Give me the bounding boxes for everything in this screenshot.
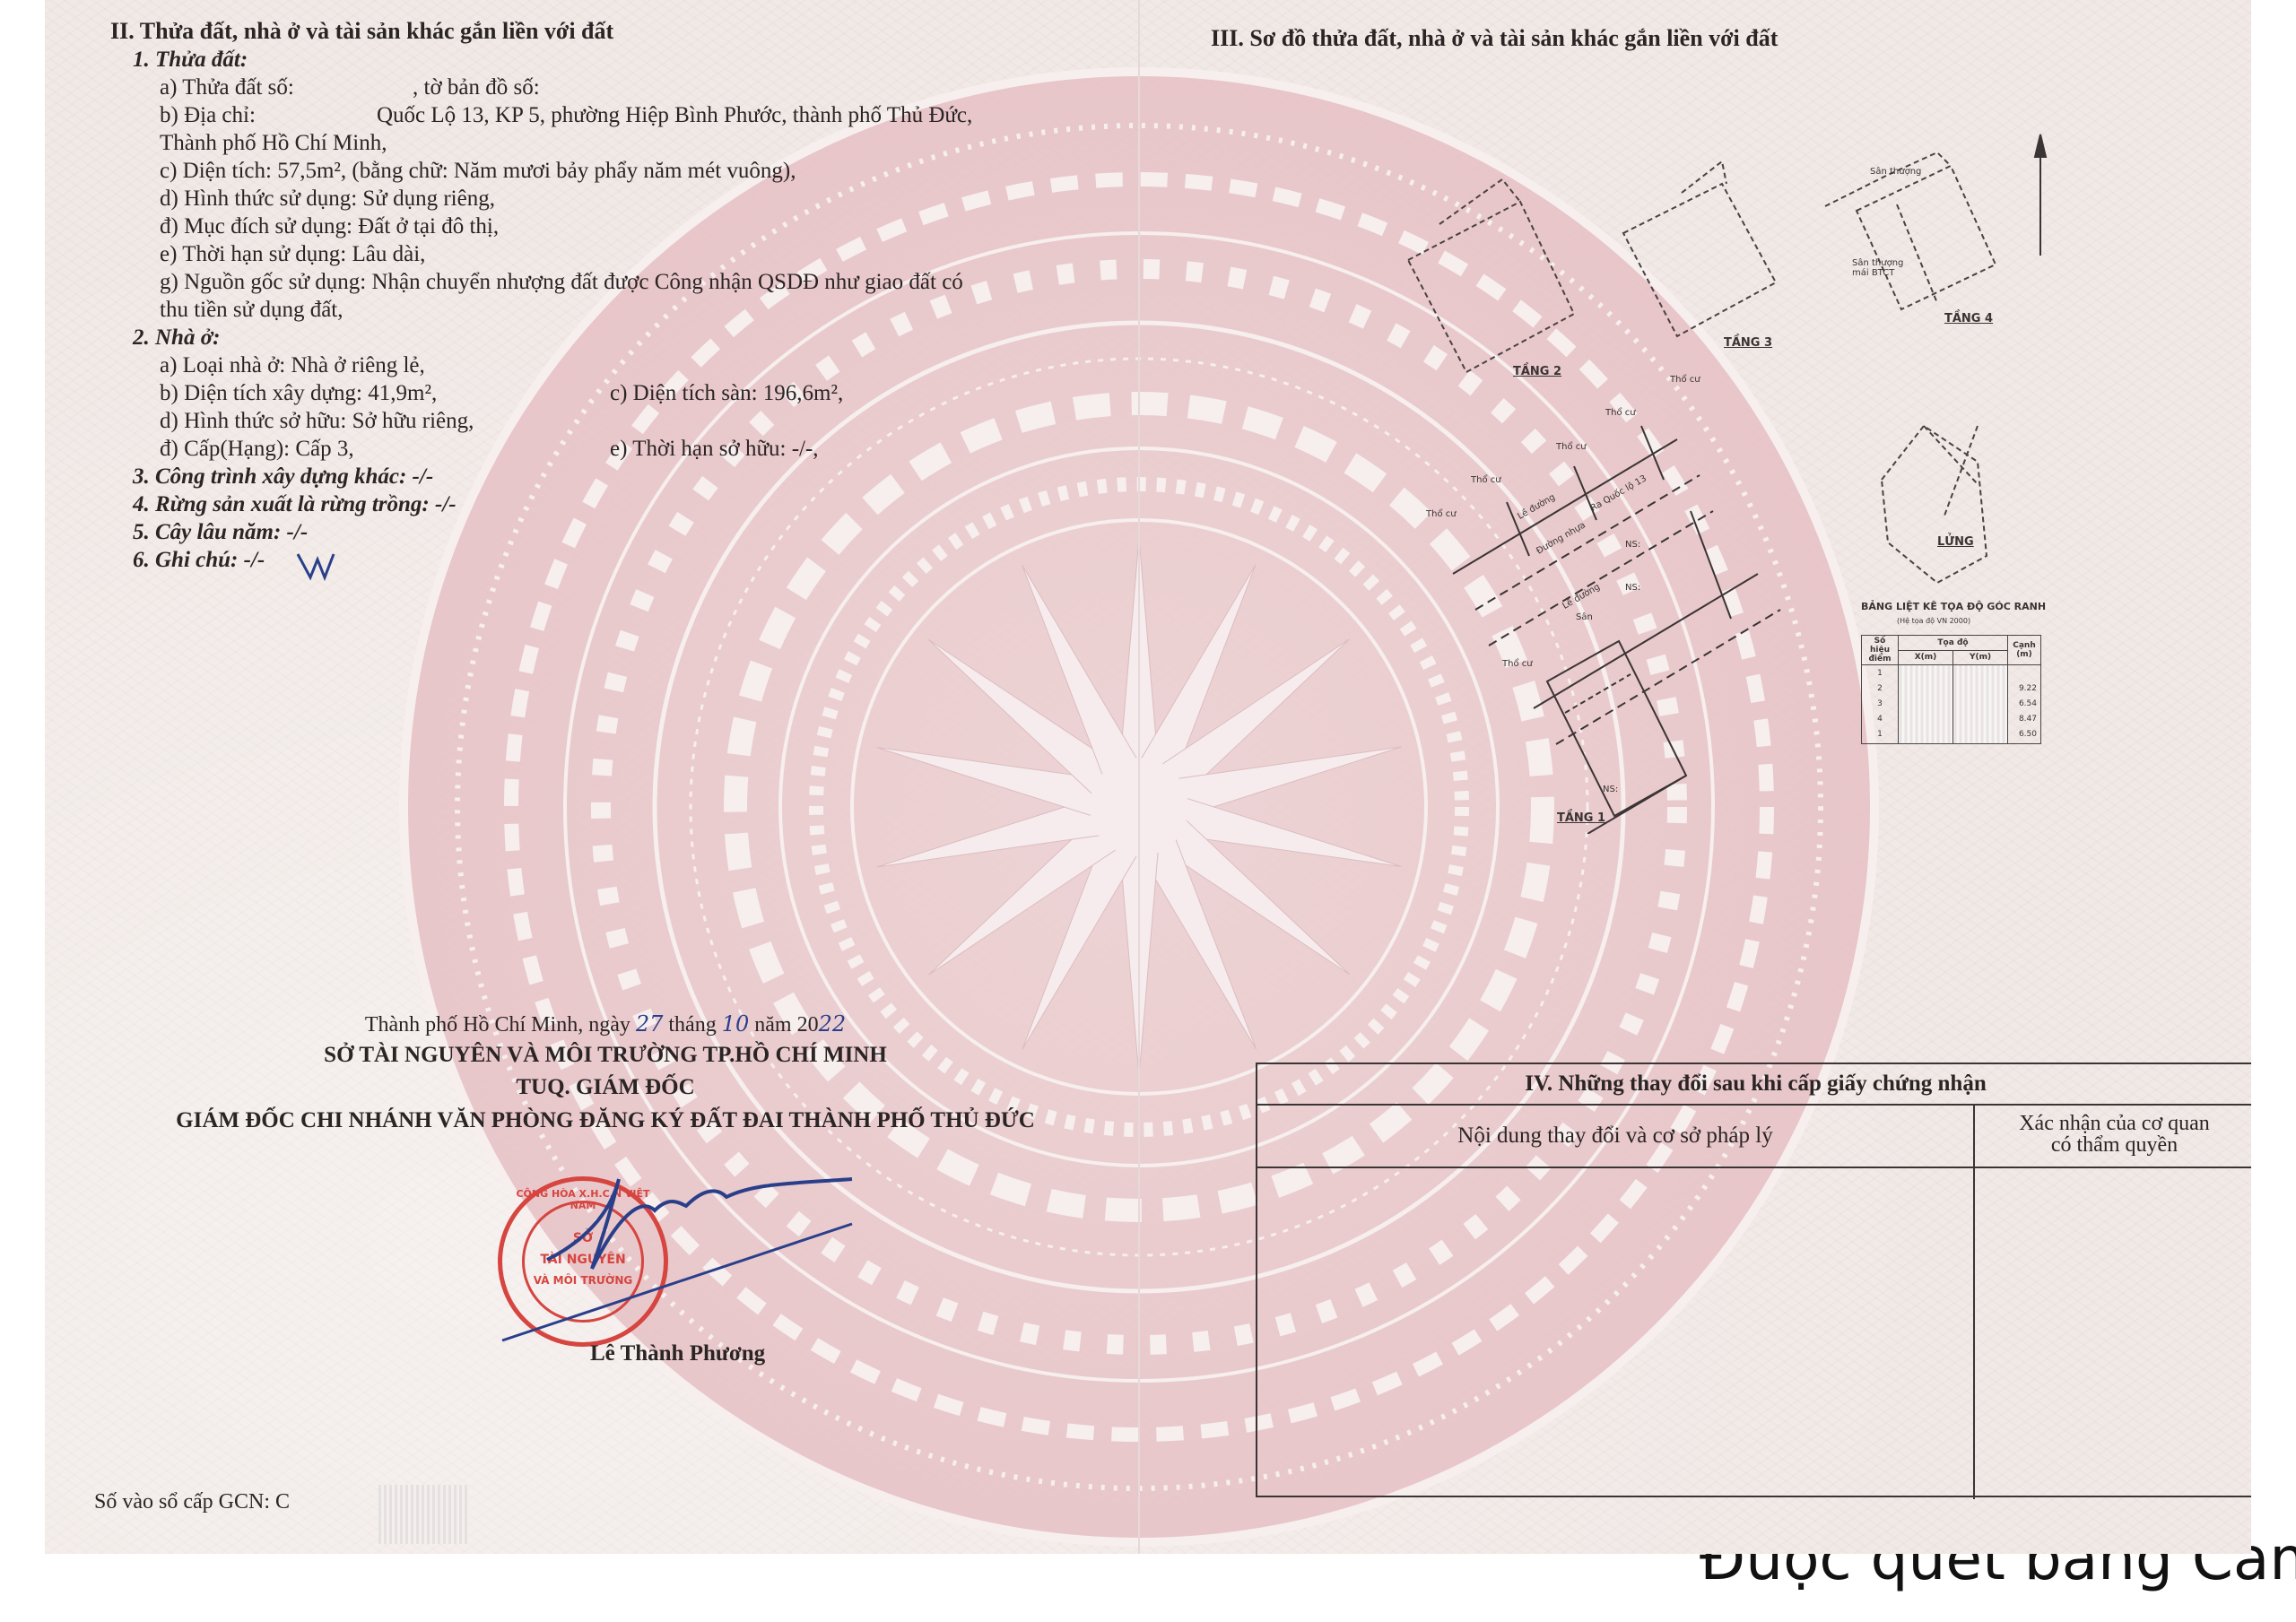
planted-forest: 4. Rừng sản xuất là rừng trồng: -/- [133,491,457,518]
ownership-term: e) Thời hạn sở hữu: -/-, [610,436,819,463]
usage-term: e) Thời hạn sử dụng: Lâu dài, [160,241,425,268]
roof-terrace-label: Sân thượng mái BTCT [1852,258,1906,278]
point-ids: 12341 [1862,665,1899,744]
issuing-org: SỞ TÀI NGUYÊN VÀ MÔI TRƯỜNG TP.HỒ CHÍ MI… [45,1043,1166,1068]
section-3-title: III. Sơ đồ thửa đất, nhà ở và tài sản kh… [1211,25,1778,52]
terrace-label: Sân thượng [1870,167,1921,177]
neighbor-label: Thổ cư [1670,375,1700,385]
section-4-title: IV. Những thay đổi sau khi cấp giấy chứn… [1257,1064,2251,1106]
signer-name: Lê Thành Phương [590,1340,765,1367]
neighbor-label: Thổ cư [1556,442,1587,452]
build-area: b) Diện tích xây dựng: 41,9m², [160,380,437,407]
ns-label: NS: [1625,583,1640,593]
col-coord: Tọa độ [1899,636,2008,651]
coord-table-subtitle: (Hệ tọa độ VN 2000) [1897,617,1970,625]
ns-label: NS: [1603,785,1618,794]
edge-lengths: 9.226.548.476.50 [2008,665,2041,744]
changes-table: IV. Những thay đổi sau khi cấp giấy chứn… [1256,1063,2251,1497]
other-works: 3. Công trình xây dựng khác: -/- [133,464,433,490]
house-heading: 2. Nhà ở: [133,325,220,351]
house-type: a) Loại nhà ở: Nhà ở riêng lẻ, [160,352,425,379]
usage-origin-line-2: thu tiền sử dụng đất, [160,297,344,324]
floor-1-label: TẦNG 1 [1557,811,1605,825]
month: 10 [722,1011,750,1037]
signer-position: GIÁM ĐỐC CHI NHÁNH VĂN PHÒNG ĐĂNG KÝ ĐẤT… [45,1108,1166,1133]
house-grade: đ) Cấp(Hạng): Cấp 3, [160,436,354,463]
floor-4-label: TẦNG 4 [1944,312,1993,325]
land-heading: 1. Thửa đất: [133,47,248,74]
floor-2-label: TẦNG 2 [1513,365,1561,378]
neighbor-label: Thổ cư [1605,408,1636,418]
parcel-number: a) Thửa đất số: [160,74,294,101]
confirmation-cell [1975,1168,2251,1499]
neighbor-label: Thổ cư [1471,475,1501,485]
coord-table-title: BẢNG LIỆT KÊ TỌA ĐỘ GÓC RANH [1861,601,2046,612]
perennial-trees: 5. Cây lâu năm: -/- [133,519,308,546]
address-value: Quốc Lộ 13, KP 5, phường Hiệp Bình Phước… [377,102,972,129]
x-values-redacted [1899,665,1953,744]
usage-origin: g) Nguồn gốc sử dụng: Nhận chuyển nhượng… [160,269,963,296]
address-label: b) Địa chỉ: [160,102,256,129]
day: 27 [636,1011,664,1037]
land-area: c) Diện tích: 57,5m², (bằng chữ: Năm mươ… [160,158,796,185]
coordinate-table: Số hiệu điểm Tọa độ Cạnh (m) X(m) Y(m) 1… [1861,635,2041,744]
change-content-cell [1257,1168,1975,1499]
ns-label: NS: [1625,540,1640,550]
notes: 6. Ghi chú: -/- [133,547,265,574]
floor-3-label: TẦNG 3 [1724,336,1772,350]
floor-area: c) Diện tích sàn: 196,6m², [610,380,843,407]
map-sheet: , tờ bản đồ số: [413,74,540,101]
col-point: Số hiệu điểm [1862,636,1899,665]
col-change-content: Nội dung thay đổi và cơ sở pháp lý [1257,1106,1975,1167]
address-line-2: Thành phố Hồ Chí Minh, [160,130,387,157]
col-x: X(m) [1899,650,1953,665]
col-y: Y(m) [1953,650,2008,665]
tuq-title: TUQ. GIÁM ĐỐC [45,1075,1166,1100]
usage-form: d) Hình thức sử dụng: Sử dụng riêng, [160,186,495,213]
y-values-redacted [1953,665,2008,744]
neighbor-label: Thổ cư [1502,659,1533,669]
yard-label: Sân [1576,612,1593,622]
col-edge: Cạnh (m) [2008,636,2041,665]
year-suffix: 22 [819,1011,847,1037]
neighbor-label: Thổ cư [1426,509,1457,519]
signature-icon [484,1161,861,1358]
ownership-form: d) Hình thức sở hữu: Sở hữu riêng, [160,408,474,435]
register-number-redacted [378,1485,468,1544]
place-date: Thành phố Hồ Chí Minh, ngày 27 tháng 10 … [45,1011,1166,1037]
col-authority-confirmation: Xác nhận của cơ quan có thẩm quyền [1975,1106,2251,1167]
mezzanine-label: LỬNG [1937,535,1974,549]
handwritten-mark-icon [294,549,339,585]
register-number: Số vào sổ cấp GCN: C [94,1488,290,1515]
certificate-document: II. Thửa đất, nhà ở và tài sản khác gắn … [45,0,2251,1554]
section-2-title: II. Thửa đất, nhà ở và tài sản khác gắn … [110,18,613,45]
usage-purpose: đ) Mục đích sử dụng: Đất ở tại đô thị, [160,213,499,240]
